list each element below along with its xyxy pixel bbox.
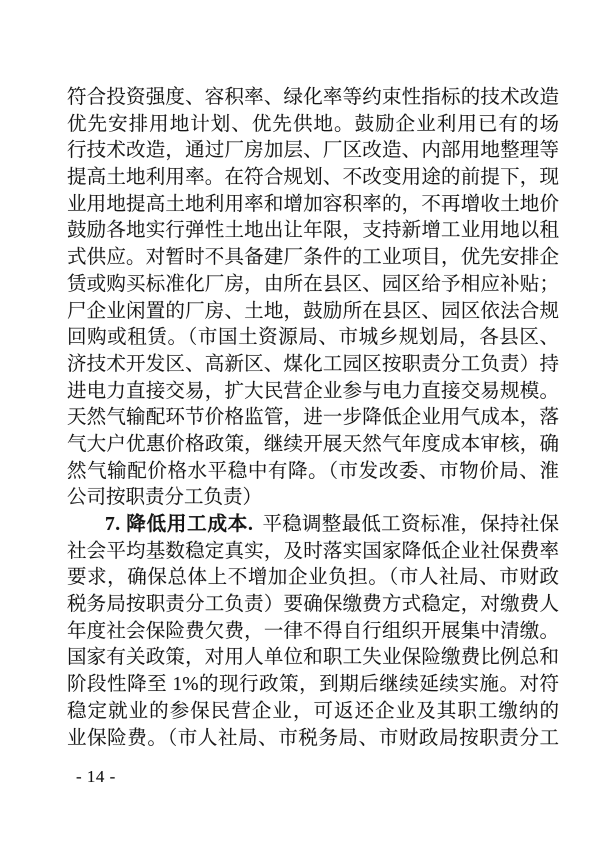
text-line: 天然气输配环节价格监管，进一步降低企业用气成本，落实用 (67, 405, 559, 432)
text-line: 气大户优惠价格政策，继续开展天然气年度成本审核，确保天 (67, 432, 559, 459)
text-line: 公司按职责分工负责） (67, 485, 559, 512)
text-line: 阶段性降至 1%的现行政策，到期后继续延续实施。对符合条件 (67, 672, 559, 699)
text-line: 提高土地利用率。在符合规划、不改变用途的前提下，现有工 (67, 165, 559, 192)
text-line: 赁或购买标准化厂房，由所在县区、园区给予相应补贴；对僵 (67, 272, 559, 299)
text-line: 济技术开发区、高新区、煤化工园区按职责分工负责）持续推 (67, 352, 559, 379)
text-line: 尸企业闲置的厂房、土地，鼓励所在县区、园区依法合规予以 (67, 299, 559, 326)
text-line: 行技术改造，通过厂房加层、厂区改造、内部用地整理等途径 (67, 138, 559, 165)
text-line: 然气输配价格水平稳中有降。（市发改委、市物价局、淮南供电 (67, 459, 559, 486)
text-line: 7. 降低用工成本.平稳调整最低工资标准，保持社保缴费 (67, 512, 559, 539)
text-line: 回购或租赁。（市国土资源局、市城乡规划局，各县区、淮南经 (67, 325, 559, 352)
text-line: 国家有关政策，对用人单位和职工失业保险缴费比例总和从 3% (67, 645, 559, 672)
text-line: 社会平均基数稳定真实，及时落实国家降低企业社保费率政策 (67, 539, 559, 566)
text-line: 业保险费。（市人社局、市税务局、市财政局按职责分工负责） (67, 726, 559, 753)
text-line: 符合投资强度、容积率、绿化率等约束性指标的技术改造项目， (67, 85, 559, 112)
text-line: 鼓励各地实行弹性土地出让年限，支持新增工业用地以租赁方 (67, 218, 559, 245)
text-line: 税务局按职责分工负责）要确保缴费方式稳定，对缴费人以前 (67, 592, 559, 619)
text-line: 优先安排用地计划、优先供地。鼓励企业利用已有的场地，进 (67, 112, 559, 139)
text-line: 业用地提高土地利用率和增加容积率的，不再增收土地价款。 (67, 192, 559, 219)
text-line: 稳定就业的参保民营企业，可返还企业及其职工缴纳的 50%失 (67, 699, 559, 726)
text-line: 要求，确保总体上不增加企业负担。（市人社局、市财政局、市 (67, 565, 559, 592)
section-heading: 7. 降低用工成本. (105, 514, 253, 535)
text-body: 符合投资强度、容积率、绿化率等约束性指标的技术改造项目，优先安排用地计划、优先供… (67, 85, 559, 752)
text-line: 式供应。对暂时不具备建厂条件的工业项目，优先安排企业租 (67, 245, 559, 272)
document-page: 符合投资强度、容积率、绿化率等约束性指标的技术改造项目，优先安排用地计划、优先供… (0, 0, 600, 847)
text-line: 年度社会保险费欠费，一律不得自行组织开展集中清缴。落实 (67, 619, 559, 646)
text-line: 进电力直接交易，扩大民营企业参与电力直接交易规模。加强 (67, 379, 559, 406)
page-number: - 14 - (76, 766, 116, 788)
